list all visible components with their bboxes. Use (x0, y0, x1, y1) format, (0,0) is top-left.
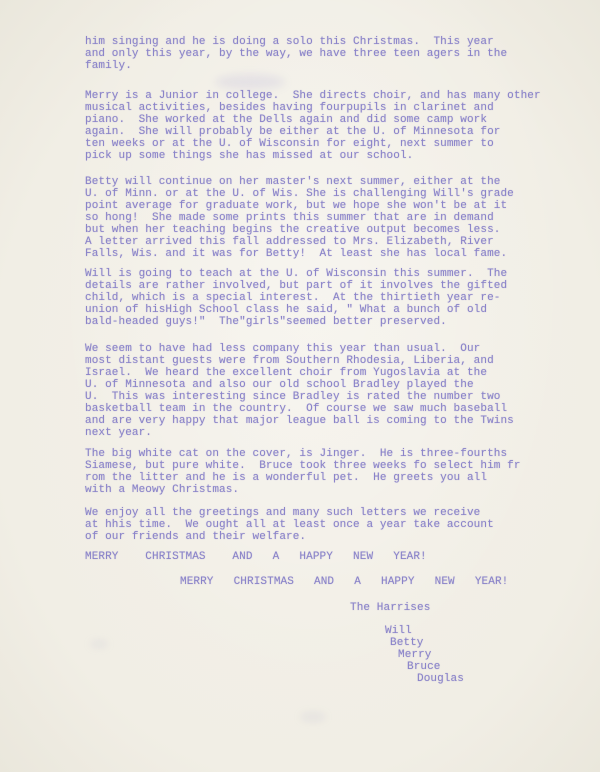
paragraph-merry: Merry is a Junior in college. She direct… (85, 90, 570, 162)
signature-name: Merry (398, 649, 570, 661)
signature-name: Douglas (417, 673, 570, 685)
ink-smudge (300, 712, 326, 722)
signature-name: Betty (390, 637, 570, 649)
paragraph-will: Will is going to teach at the U. of Wisc… (85, 268, 570, 328)
paragraph-cat-jinger: The big white cat on the cover, is Jinge… (85, 448, 570, 496)
signoff-family-name: The Harrises (350, 602, 570, 614)
signature-name: Will (385, 625, 570, 637)
letter-page: him singing and he is doing a solo this … (0, 0, 600, 772)
paragraph-betty: Betty will continue on her master's next… (85, 176, 570, 260)
paragraph-greetings: We enjoy all the greetings and many such… (85, 507, 570, 543)
greeting-line-1: MERRY CHRISTMAS AND A HAPPY NEW YEAR! (85, 551, 570, 563)
letter-body: him singing and he is doing a solo this … (85, 36, 570, 685)
paragraph-company: We seem to have had less company this ye… (85, 343, 570, 439)
paragraph-teenagers: him singing and he is doing a solo this … (85, 36, 570, 72)
greeting-line-2: MERRY CHRISTMAS AND A HAPPY NEW YEAR! (180, 576, 570, 588)
signature-name: Bruce (407, 661, 570, 673)
